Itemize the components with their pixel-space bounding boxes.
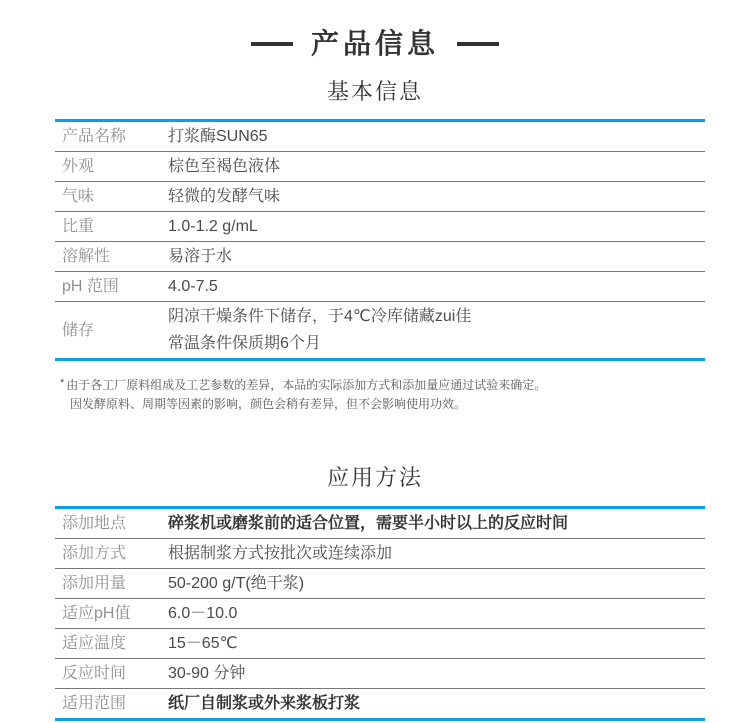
basic-info-table: 产品名称打浆酶SUN65外观棕色至褐色液体气味轻微的发酵气味比重1.0-1.2 … (55, 119, 705, 361)
row-value: 15－65℃ (168, 629, 705, 658)
title-dash-right (457, 42, 499, 46)
table-row: 储存阴凉干燥条件下储存，于4℃冷库储藏zui佳常温条件保质期6个月 (55, 302, 705, 358)
product-info-page: 产品信息 基本信息 产品名称打浆酶SUN65外观棕色至褐色液体气味轻微的发酵气味… (0, 0, 750, 723)
table-row: 产品名称打浆酶SUN65 (55, 122, 705, 152)
application-heading: 应用方法 (0, 461, 750, 492)
table-row: 适用范围纸厂自制浆或外来浆板打浆 (55, 689, 705, 718)
table-row: 添加方式根据制浆方式按批次或连续添加 (55, 539, 705, 569)
basic-info-heading: 基本信息 (0, 75, 750, 106)
footnote-asterisk: * (60, 377, 64, 389)
footnote-line-1: *由于各工厂原料组成及工艺参数的差异，本品的实际添加方式和添加量应通过试验来确定… (60, 374, 750, 395)
row-value: 轻微的发酵气味 (168, 182, 705, 211)
row-label: 添加方式 (55, 543, 168, 564)
row-value: 易溶于水 (168, 242, 705, 271)
row-label: 外观 (55, 156, 168, 177)
row-label: 添加地点 (55, 513, 168, 534)
footnote-line-2: 因发酵原料、周期等因素的影响，颜色会稍有差异，但不会影响使用功效。 (70, 395, 750, 414)
row-value: 碎浆机或磨浆前的适合位置，需要半小时以上的反应时间 (168, 509, 705, 538)
table-row: 添加地点碎浆机或磨浆前的适合位置，需要半小时以上的反应时间 (55, 509, 705, 539)
row-value: 50-200 g/T(绝干浆) (168, 569, 705, 598)
table-row: 比重1.0-1.2 g/mL (55, 212, 705, 242)
footnote-text-1: 由于各工厂原料组成及工艺参数的差异，本品的实际添加方式和添加量应通过试验来确定。 (66, 378, 546, 392)
table-row: pH 范围4.0-7.5 (55, 272, 705, 302)
row-label: 气味 (55, 186, 168, 207)
row-value: 棕色至褐色液体 (168, 152, 705, 181)
application-table: 添加地点碎浆机或磨浆前的适合位置，需要半小时以上的反应时间添加方式根据制浆方式按… (55, 506, 705, 721)
title-dash-left (251, 42, 293, 46)
table-row: 适应pH值6.0－10.0 (55, 599, 705, 629)
row-label: 适应pH值 (55, 603, 168, 624)
table-row: 反应时间30-90 分钟 (55, 659, 705, 689)
row-value: 纸厂自制浆或外来浆板打浆 (168, 689, 705, 718)
row-label: 溶解性 (55, 246, 168, 267)
table-row: 适应温度15－65℃ (55, 629, 705, 659)
page-title-row: 产品信息 (0, 30, 750, 58)
row-label: 适用范围 (55, 693, 168, 714)
row-label: 储存 (55, 320, 168, 341)
row-label: pH 范围 (55, 276, 168, 297)
row-value: 打浆酶SUN65 (168, 122, 705, 151)
row-value: 6.0－10.0 (168, 599, 705, 628)
table-row: 气味轻微的发酵气味 (55, 182, 705, 212)
table-row: 外观棕色至褐色液体 (55, 152, 705, 182)
row-label: 适应温度 (55, 633, 168, 654)
row-value: 30-90 分钟 (168, 659, 705, 688)
table-row: 溶解性易溶于水 (55, 242, 705, 272)
row-value: 4.0-7.5 (168, 272, 705, 301)
table-row: 添加用量50-200 g/T(绝干浆) (55, 569, 705, 599)
row-label: 反应时间 (55, 663, 168, 684)
row-label: 比重 (55, 216, 168, 237)
row-value: 1.0-1.2 g/mL (168, 212, 705, 241)
row-label: 产品名称 (55, 126, 168, 147)
row-label: 添加用量 (55, 573, 168, 594)
row-value: 阴凉干燥条件下储存，于4℃冷库储藏zui佳常温条件保质期6个月 (168, 302, 705, 358)
footnote: *由于各工厂原料组成及工艺参数的差异，本品的实际添加方式和添加量应通过试验来确定… (60, 374, 750, 414)
row-value: 根据制浆方式按批次或连续添加 (168, 539, 705, 568)
page-title: 产品信息 (311, 30, 439, 58)
